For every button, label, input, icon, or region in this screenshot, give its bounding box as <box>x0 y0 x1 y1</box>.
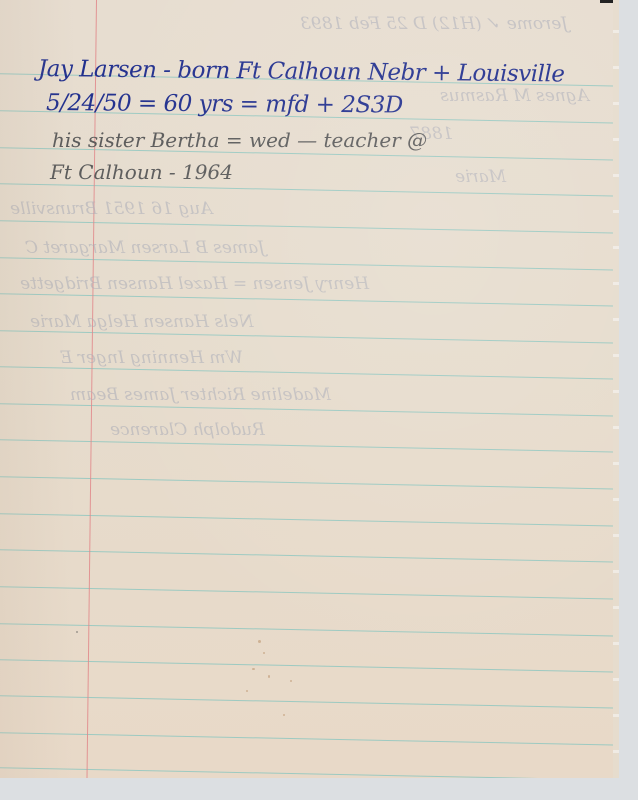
ruled-line <box>0 513 619 527</box>
handwritten-line-pencil-1: his sister Bertha = wed — teacher @ <box>52 128 427 152</box>
ruled-line <box>0 767 619 778</box>
bleed-through-text: Nels Hansen Helga Marie <box>30 312 253 332</box>
perforated-edge <box>613 0 619 778</box>
paper-stain <box>263 652 265 654</box>
ruled-line <box>0 439 619 453</box>
bleed-through-text: James B Larsen Margaret C <box>25 238 265 258</box>
bleed-through-text: Wm Henning Inger E <box>60 348 243 368</box>
notebook-page: Jerome ✓ (H12) D 25 Feb 1893 Agnes M Ras… <box>0 0 619 778</box>
paper-stain <box>290 680 292 682</box>
paper-stain <box>258 640 261 643</box>
paper-stain <box>252 668 255 670</box>
ruled-line <box>0 623 619 637</box>
paper-stain <box>268 675 270 678</box>
bleed-through-text: Marie <box>455 167 506 187</box>
paper-stain <box>76 631 78 633</box>
ruled-line <box>0 403 619 417</box>
bleed-through-text: Henry Jensen = Hazel Hansen Bridgette <box>20 274 369 294</box>
bleed-through-text: Madeline Richter James Beam <box>70 385 331 405</box>
ruled-line <box>0 366 619 380</box>
bleed-through-text: Agnes M Rasmus <box>440 86 589 106</box>
ruled-line <box>0 732 619 746</box>
ruled-line <box>0 586 619 600</box>
handwritten-line-ink-1: Jay Larsen - born Ft Calhoun Nebr + Loui… <box>38 56 565 88</box>
handwritten-line-ink-2: 5/24/50 = 60 yrs = mfd + 2S3D <box>46 90 403 118</box>
ruled-line <box>0 476 619 490</box>
ruled-line <box>0 659 619 673</box>
bleed-through-text: Jerome ✓ (H12) D 25 Feb 1893 <box>300 14 568 34</box>
bleed-through-text: Rudolph Clarence <box>110 420 265 440</box>
handwritten-line-pencil-2: Ft Calhoun - 1964 <box>50 160 233 184</box>
paper-stain <box>283 714 285 716</box>
bleed-through-text: Aug 16 1951 Brunsville <box>10 199 212 219</box>
ruled-line <box>0 549 619 563</box>
ruled-line <box>0 695 619 709</box>
paper-stain <box>246 690 248 692</box>
